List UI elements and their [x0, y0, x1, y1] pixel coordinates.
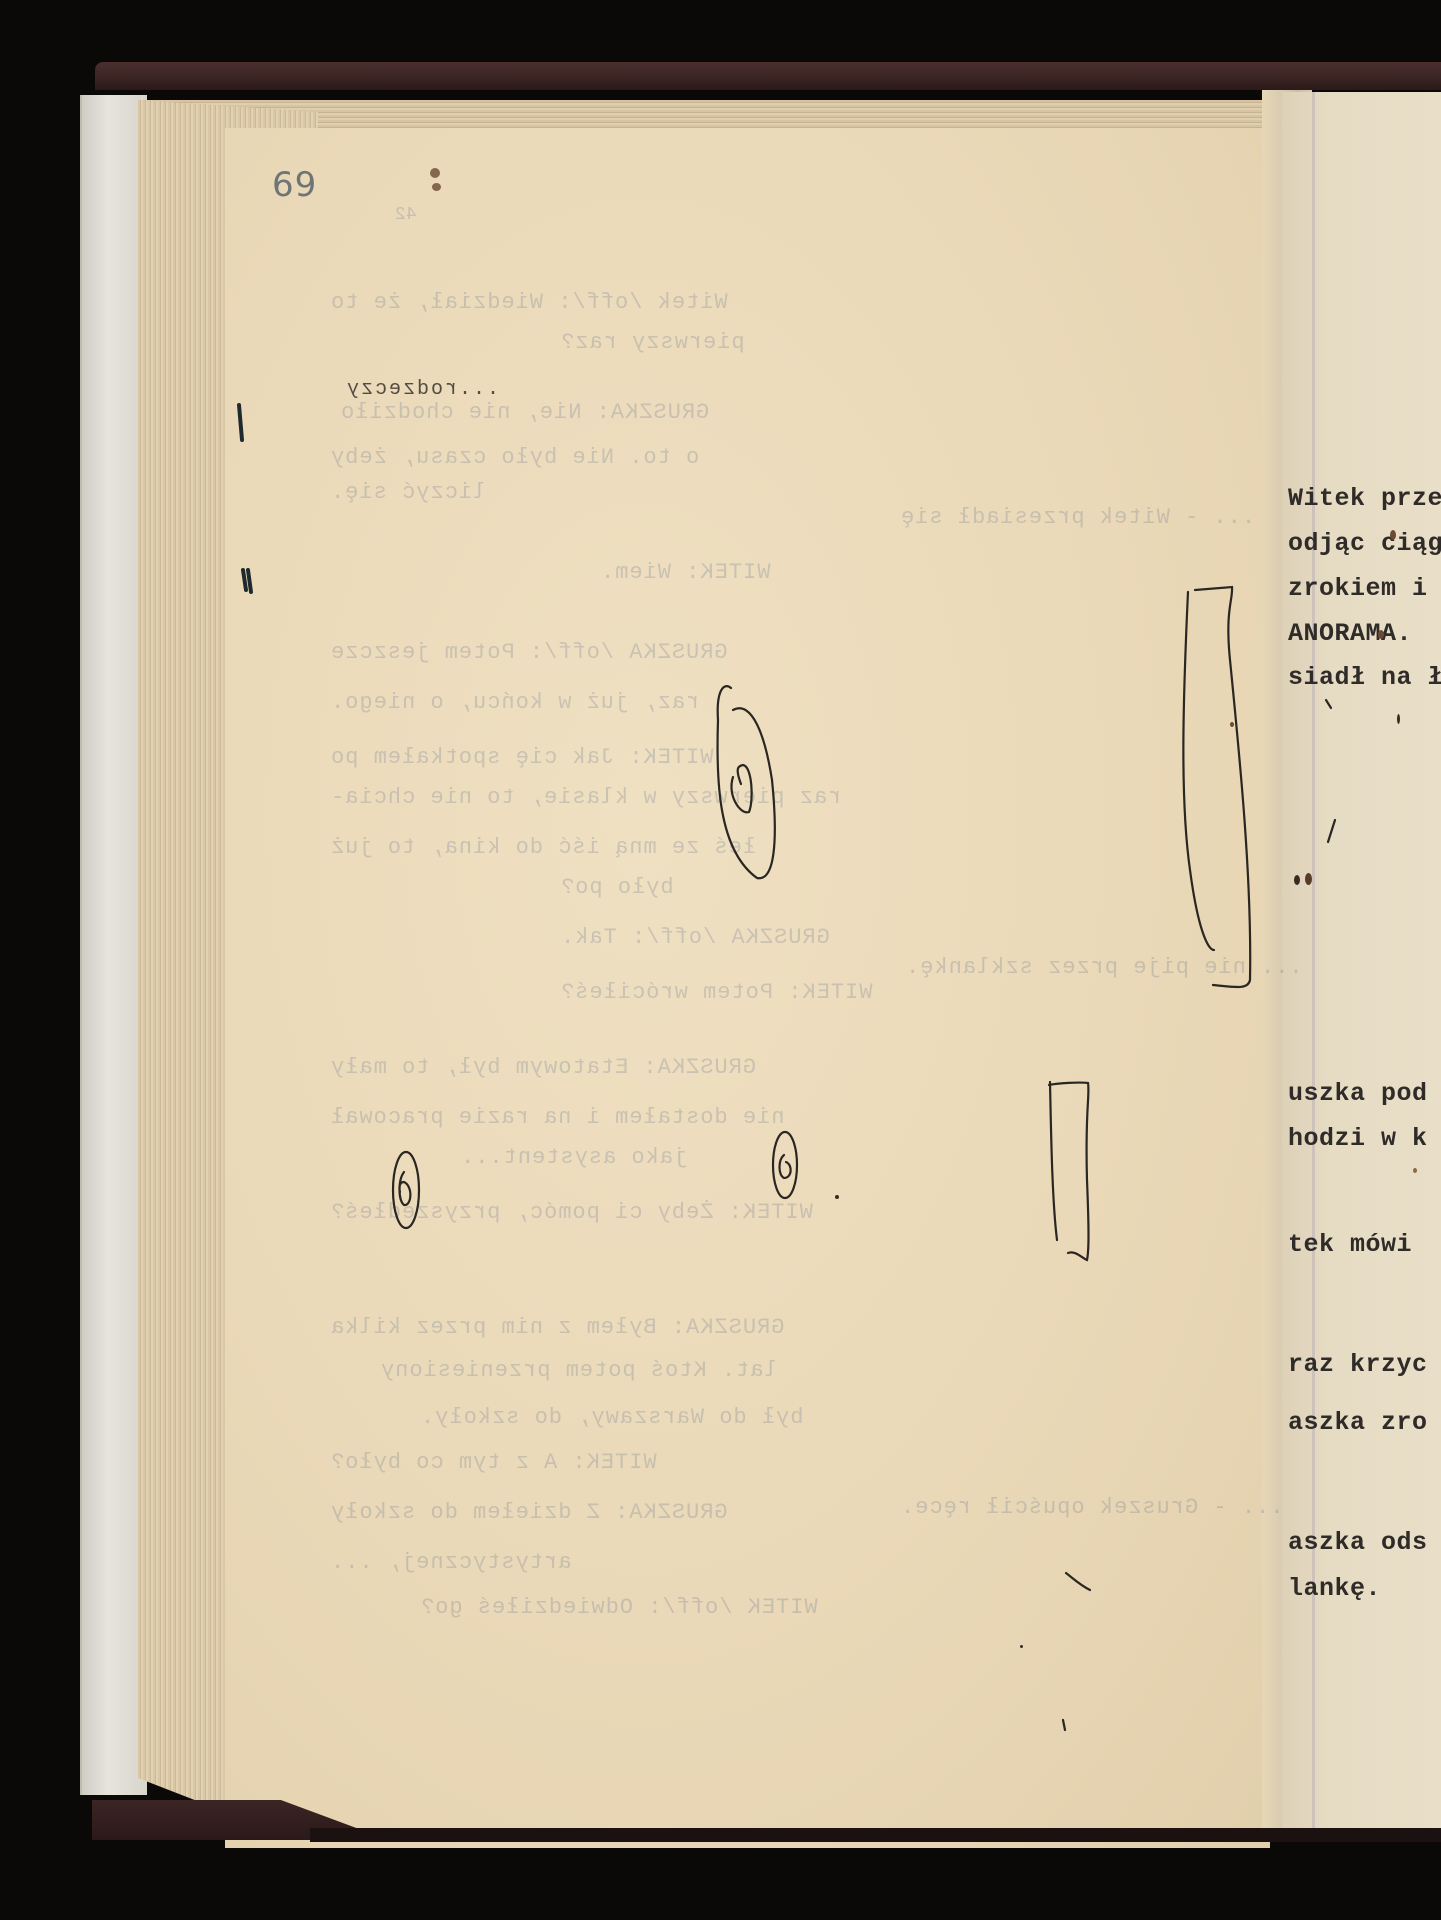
circled-six-icon [393, 1152, 419, 1228]
ink-stain [432, 183, 441, 191]
handwritten-marks [0, 0, 1441, 1920]
ink-stain [1397, 714, 1400, 724]
bracket-mark-icon [1049, 1083, 1089, 1260]
bracket-mark-icon [1183, 592, 1214, 950]
circled-six-icon [773, 1132, 797, 1198]
ink-stain [1305, 873, 1312, 885]
ink-stain [1230, 722, 1234, 727]
ink-speck [835, 1195, 839, 1199]
bracket-mark-icon [1050, 1082, 1057, 1240]
ink-stain [1294, 875, 1300, 885]
ink-speck [1020, 1645, 1023, 1648]
circled-six-icon [717, 686, 774, 878]
ink-speck [1413, 1168, 1417, 1173]
ink-stain [430, 168, 440, 178]
ink-stain [1390, 530, 1396, 540]
ink-stain [1378, 630, 1384, 639]
bracket-mark-icon [1195, 587, 1250, 987]
